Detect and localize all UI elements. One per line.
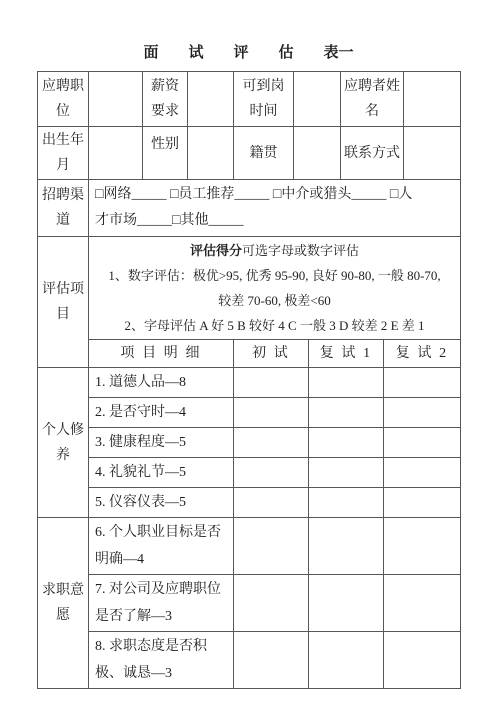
item-row: 4. 礼貌礼节—5 [38, 458, 461, 488]
field-label-birth-date: 出生年月 [38, 127, 89, 180]
item-cell: 6. 个人职业目标是否明确—4 [89, 518, 234, 575]
score-cell [234, 575, 309, 632]
scoring-note-heading-rest: 可选字母或数字评估 [242, 243, 359, 258]
score-cell [309, 488, 384, 518]
item-row: 2. 是否守时—4 [38, 398, 461, 428]
score-cell [384, 368, 461, 398]
score-cell [309, 575, 384, 632]
scoring-note-line-numeric: 1、数字评估：极优>95, 优秀 95-90, 良好 90-80, 一般 80-… [89, 263, 460, 288]
item-row: 求职意愿 6. 个人职业目标是否明确—4 [38, 518, 461, 575]
field-value-position [89, 72, 143, 127]
item-cell: 7. 对公司及应聘职位是否了解—3 [89, 575, 234, 632]
evaluation-note-row: 评估项目 评估得分可选字母或数字评估 1、数字评估：极优>95, 优秀 95-9… [38, 237, 461, 340]
score-cell [234, 398, 309, 428]
field-label-availability: 可到岗时间 [234, 72, 294, 127]
channel-label: 招聘渠道 [38, 180, 89, 237]
field-label-gender: 性别 [143, 127, 188, 180]
score-cell [384, 518, 461, 575]
channel-options-line-2: 才市场_____□其他_____ [95, 208, 454, 234]
item-row: 8. 求职态度是否积极、诚恳—3 [38, 632, 461, 689]
info-row-1: 应聘职位 薪资要求 可到岗时间 应聘者姓名 [38, 72, 461, 127]
score-cell [309, 632, 384, 689]
document-page: 面 试 评 估 表一 应聘职位 薪资要求 可到岗时间 应聘者姓名 出生年月 性别… [37, 45, 460, 689]
scoring-note-heading: 评估得分可选字母或数字评估 [89, 238, 460, 263]
evaluation-form-table: 应聘职位 薪资要求 可到岗时间 应聘者姓名 出生年月 性别 籍贯 联系方式 招聘… [37, 71, 461, 689]
item-cell: 5. 仪容仪表—5 [89, 488, 234, 518]
channel-options-line-1: □网络_____ □员工推荐_____ □中介或猎头_____ □人 [95, 182, 454, 208]
score-cell [234, 368, 309, 398]
score-cell [234, 488, 309, 518]
score-cell [309, 398, 384, 428]
score-cell [384, 428, 461, 458]
score-cell [384, 575, 461, 632]
score-cell [309, 458, 384, 488]
scoring-note-line-letter: 2、字母评估 A 好 5 B 较好 4 C 一般 3 D 较差 2 E 差 1 [89, 313, 460, 338]
score-cell [384, 632, 461, 689]
score-cell [234, 632, 309, 689]
field-label-position: 应聘职位 [38, 72, 89, 127]
field-label-contact: 联系方式 [341, 127, 404, 180]
item-cell: 8. 求职态度是否积极、诚恳—3 [89, 632, 234, 689]
score-cell [384, 398, 461, 428]
column-header-item-detail: 项目明细 [89, 340, 234, 368]
score-cell [309, 518, 384, 575]
field-value-gender [188, 127, 234, 180]
field-label-salary: 薪资要求 [143, 72, 188, 127]
score-cell [309, 368, 384, 398]
info-row-2: 出生年月 性别 籍贯 联系方式 [38, 127, 461, 180]
item-cell: 3. 健康程度—5 [89, 428, 234, 458]
channel-options: □网络_____ □员工推荐_____ □中介或猎头_____ □人 才市场__… [89, 180, 461, 237]
item-cell: 4. 礼貌礼节—5 [89, 458, 234, 488]
score-cell [234, 428, 309, 458]
column-header-second-interview-1: 复试1 [309, 340, 384, 368]
score-cell [234, 518, 309, 575]
item-cell: 1. 道德人品—8 [89, 368, 234, 398]
item-row: 个人修养 1. 道德人品—8 [38, 368, 461, 398]
item-cell: 2. 是否守时—4 [89, 398, 234, 428]
scoring-note-heading-bold: 评估得分 [190, 243, 242, 258]
field-value-native-place [294, 127, 341, 180]
field-label-native-place: 籍贯 [234, 127, 294, 180]
score-header-row: 项目明细 初试 复试1 复试2 [38, 340, 461, 368]
section-label-personal-cultivation: 个人修养 [38, 368, 89, 518]
item-row: 3. 健康程度—5 [38, 428, 461, 458]
field-value-salary [188, 72, 234, 127]
score-cell [309, 428, 384, 458]
evaluation-scoring-note: 评估得分可选字母或数字评估 1、数字评估：极优>95, 优秀 95-90, 良好… [89, 237, 461, 340]
field-value-applicant-name [404, 72, 461, 127]
item-row: 5. 仪容仪表—5 [38, 488, 461, 518]
evaluation-items-label: 评估项目 [38, 237, 89, 368]
score-cell [384, 458, 461, 488]
score-cell [384, 488, 461, 518]
field-label-applicant-name: 应聘者姓名 [341, 72, 404, 127]
scoring-note-line-numeric-cont: 较差 70-60, 极差<60 [89, 288, 460, 313]
column-header-second-interview-2: 复试2 [384, 340, 461, 368]
score-cell [234, 458, 309, 488]
item-row: 7. 对公司及应聘职位是否了解—3 [38, 575, 461, 632]
column-header-first-interview: 初试 [234, 340, 309, 368]
field-value-contact [404, 127, 461, 180]
section-label-job-intention: 求职意愿 [38, 518, 89, 689]
form-title: 面 试 评 估 表一 [37, 45, 460, 62]
field-value-birth-date [89, 127, 143, 180]
channel-row: 招聘渠道 □网络_____ □员工推荐_____ □中介或猎头_____ □人 … [38, 180, 461, 237]
field-value-availability [294, 72, 341, 127]
